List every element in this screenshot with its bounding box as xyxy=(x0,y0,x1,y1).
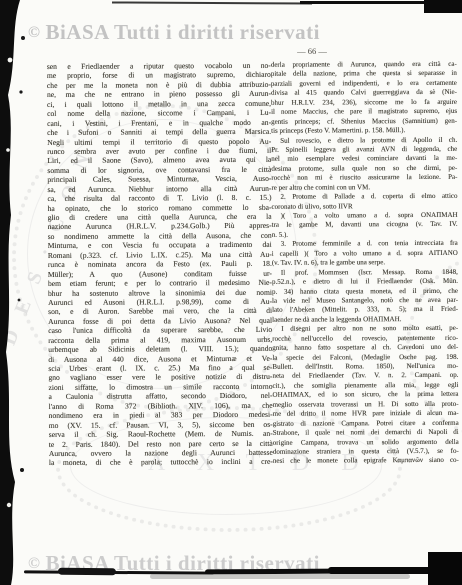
text-line: me del dritto il nome HVR pare iniziale … xyxy=(273,409,459,419)
text-line: Strabone, il quale nei nomi dei demarchi… xyxy=(273,428,459,438)
top-edge-scan-line xyxy=(300,1,430,4)
text-line: tra le gambe M, davanti una cicogna (v. … xyxy=(272,220,458,230)
text-line: il nome Maccius, che pare il magistrato … xyxy=(271,107,457,117)
text-line: ca, che risulta dal racconto di T. Livio… xyxy=(47,193,271,204)
text-line: 2. Protome di Pallade a d. coperta di el… xyxy=(271,192,457,202)
text-block: sen e Friedlaender a riputar questo voca… xyxy=(0,0,462,585)
text-line: rocchè non mi è riuscito assicurarne la … xyxy=(271,173,457,183)
bottom-gray-smudge-artifact xyxy=(150,574,410,579)
bottom-smear-artifact xyxy=(328,567,438,574)
gutter-shadow-artifact xyxy=(0,0,30,585)
scanned-book-page: D E S · C O N Λ X T D D ©BiASA Tutti i d… xyxy=(0,0,462,585)
text-line: gnita, hanno fatto sospettare al ch. Cav… xyxy=(272,343,458,353)
text-line: gentis princeps; cf. Sthenius Maccius (S… xyxy=(271,116,457,126)
text-line: serva il ch. Sig. Raoul-Rochette (Mem. d… xyxy=(49,429,273,440)
text-column-left: sen e Friedlaender a riputar questo voca… xyxy=(47,61,273,468)
text-line: la moneta, di che è parola; tuttocchè io… xyxy=(49,457,273,468)
text-line: lato l'Abeken (Mittelit. p. 333, n. 5); … xyxy=(272,305,458,315)
text-line: nesi che le monete colla epigrafe Καμπαν… xyxy=(273,456,459,466)
text-line: i capelli )( Toro a volto umano a d. sop… xyxy=(272,249,458,259)
text-line: bem etiam ferunt; e per lo contrario il … xyxy=(48,278,272,289)
text-line: che i Sufoni o Sanniti ai tempi della gu… xyxy=(47,127,271,138)
bottom-right-black-block-artifact xyxy=(428,552,462,585)
bottom-smear-blob-artifact xyxy=(58,568,116,576)
text-line: p.52.n.), e dietro di lui il Friedlaende… xyxy=(272,277,458,287)
top-right-black-bar-artifact xyxy=(424,0,462,13)
text-column-right: derla propriamente di Aurunca, quando er… xyxy=(271,60,459,467)
text-line: urbemque ab Sidicinis deletam (l. VIII. … xyxy=(48,344,272,355)
text-line: I disegni per altro non ne sono molto es… xyxy=(272,324,458,334)
